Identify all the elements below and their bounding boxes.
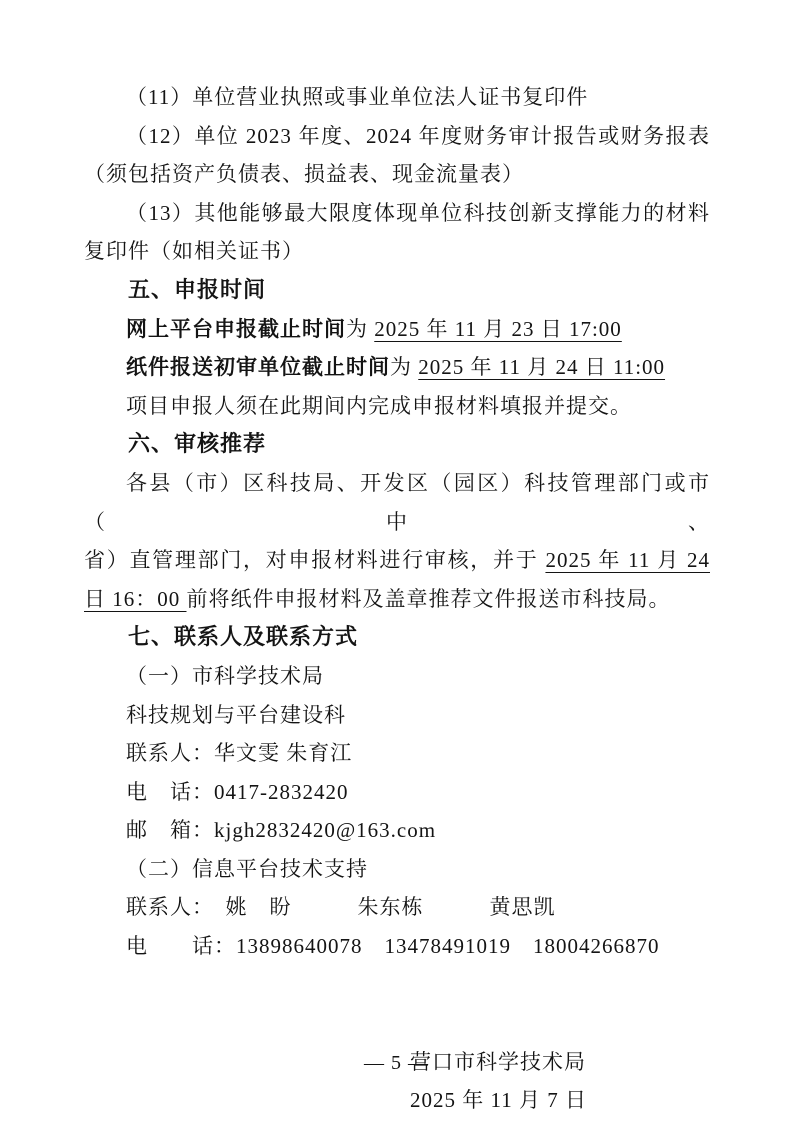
review-line1: 各县（市）区科技局、开发区（园区）科技管理部门或市（中、 xyxy=(84,464,710,541)
text-segment: 电 话：13898640078 13478491019 18004266870 xyxy=(126,934,660,958)
item-13-line2: 复印件（如相关证书） xyxy=(84,232,710,271)
text-segment: 七、联系人及联系方式 xyxy=(128,624,358,649)
contact-1-title: （一）市科学技术局 xyxy=(84,657,710,696)
text-segment: 2025 年 11 月 23 日 17:00 xyxy=(374,317,622,341)
section-5-heading: 五、申报时间 xyxy=(84,271,710,310)
text-segment: （须包括资产负债表、损益表、现金流量表） xyxy=(84,162,524,186)
deadline-note: 项目申报人须在此期间内完成申报材料填报并提交。 xyxy=(84,387,710,426)
text-segment: 省）直管理部门，对申报材料进行审核，并于 xyxy=(84,548,545,572)
text-segment: 纸件报送初审单位截止时间 xyxy=(126,355,390,379)
item-12-line1: （12）单位 2023 年度、2024 年度财务审计报告或财务报表 xyxy=(84,117,710,156)
text-segment: 邮 箱：kjgh2832420@163.com xyxy=(126,818,436,842)
text-segment: 日 16：00 xyxy=(84,587,187,611)
text-segment: 前将纸件申报材料及盖章推荐文件报送市科技局。 xyxy=(187,587,671,611)
text-segment: 2025 年 11 月 24 xyxy=(545,548,710,572)
contact-1-department: 科技规划与平台建设科 xyxy=(84,696,710,735)
text-segment: （一）市科学技术局 xyxy=(126,664,324,688)
section-7-heading: 七、联系人及联系方式 xyxy=(84,618,710,657)
text-segment: 电 话：0417-2832420 xyxy=(126,780,349,804)
item-11: （11）单位营业执照或事业单位法人证书复印件 xyxy=(84,78,710,117)
text-segment: （13）其他能够最大限度体现单位科技创新支撑能力的材料 xyxy=(126,201,710,225)
document-body: （11）单位营业执照或事业单位法人证书复印件（12）单位 2023 年度、202… xyxy=(84,78,710,1004)
review-line3: 日 16：00 前将纸件申报材料及盖章推荐文件报送市科技局。 xyxy=(84,580,710,619)
section-6-heading: 六、审核推荐 xyxy=(84,425,710,464)
text-segment: 2025 年 11 月 24 日 11:00 xyxy=(418,355,665,379)
signature-date: 2025 年 11 月 7 日 xyxy=(410,1081,710,1120)
text-segment: 科技规划与平台建设科 xyxy=(126,703,346,727)
text-segment: （11）单位营业执照或事业单位法人证书复印件 xyxy=(126,85,588,109)
text-segment: 六、审核推荐 xyxy=(128,431,266,456)
deadline-online-platform: 网上平台申报截止时间为 2025 年 11 月 23 日 17:00 xyxy=(84,310,710,349)
text-segment: 为 xyxy=(346,317,374,341)
text-segment: 五、申报时间 xyxy=(128,277,266,302)
document-page: （11）单位营业执照或事业单位法人证书复印件（12）单位 2023 年度、202… xyxy=(0,0,793,1122)
item-13-line1: （13）其他能够最大限度体现单位科技创新支撑能力的材料 xyxy=(84,194,710,233)
deadline-paper-submission: 纸件报送初审单位截止时间为 2025 年 11 月 24 日 11:00 xyxy=(84,348,710,387)
text-segment: 联系人：华文雯 朱育江 xyxy=(126,741,352,765)
contact-1-email: 邮 箱：kjgh2832420@163.com xyxy=(84,811,710,850)
contact-2-phones: 电 话：13898640078 13478491019 18004266870 xyxy=(84,927,710,966)
text-segment: 网上平台申报截止时间 xyxy=(126,317,346,341)
item-12-line2: （须包括资产负债表、损益表、现金流量表） xyxy=(84,155,710,194)
text-segment: 项目申报人须在此期间内完成申报材料填报并提交。 xyxy=(126,394,632,418)
contact-1-phone: 电 话：0417-2832420 xyxy=(84,773,710,812)
text-segment: 为 xyxy=(390,355,418,379)
review-line2: 省）直管理部门，对申报材料进行审核，并于 2025 年 11 月 24 xyxy=(84,541,710,580)
contact-2-persons: 联系人： 姚 盼 朱东栋 黄思凯 xyxy=(84,888,710,927)
text-segment: 联系人： 姚 盼 朱东栋 黄思凯 xyxy=(126,895,556,919)
page-number: — 5 — xyxy=(0,1044,793,1083)
text-segment: 各县（市）区科技局、开发区（园区）科技管理部门或市（中、 xyxy=(84,471,710,534)
contact-1-persons: 联系人：华文雯 朱育江 xyxy=(84,734,710,773)
text-segment: （二）信息平台技术支持 xyxy=(126,857,368,881)
spacer-line xyxy=(84,966,710,1005)
text-segment: （12）单位 2023 年度、2024 年度财务审计报告或财务报表 xyxy=(126,124,710,148)
text-segment: 复印件（如相关证书） xyxy=(84,239,304,263)
contact-2-title: （二）信息平台技术支持 xyxy=(84,850,710,889)
